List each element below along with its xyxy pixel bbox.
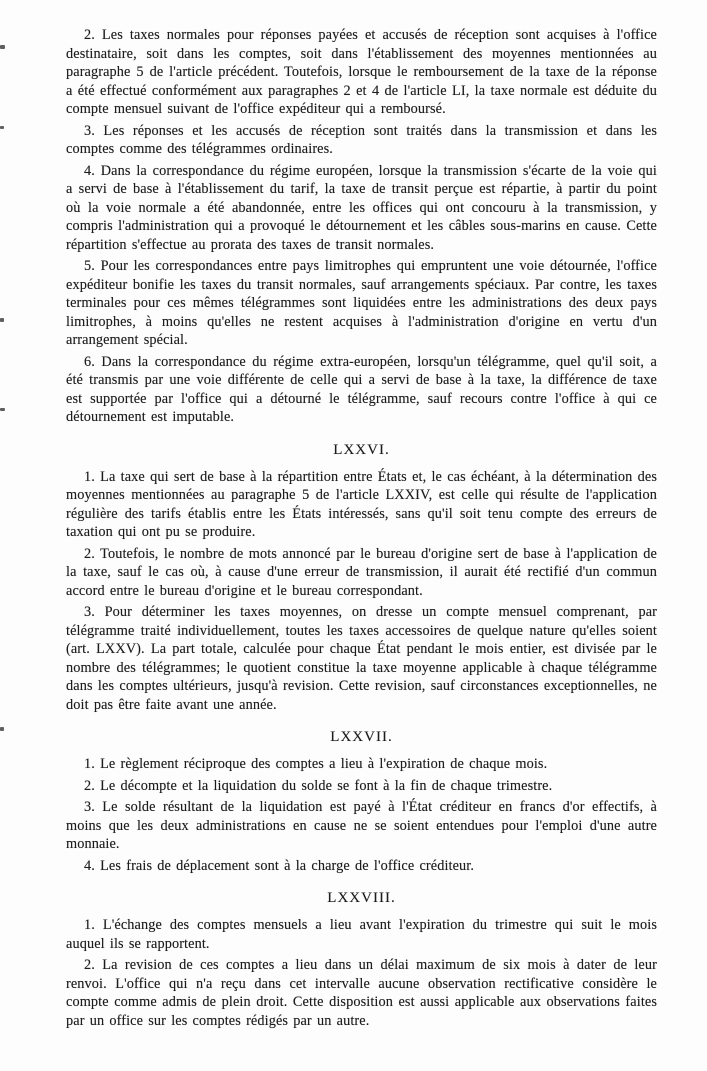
- paragraph: 2. La revision de ces comptes a lieu dan…: [66, 956, 657, 1030]
- scanned-page-background: { "page": { "background_color": "#fdfdfd…: [0, 0, 707, 1071]
- article-lxxviii-heading: LXXVIII.: [66, 890, 657, 907]
- paragraph: 2. Toutefois, le nombre de mots annoncé …: [66, 545, 657, 601]
- scan-artifact: [0, 408, 5, 411]
- paragraph: 2. Le décompte et la liquidation du sold…: [66, 777, 657, 796]
- paragraph: 3. Le solde résultant de la liquidation …: [66, 798, 657, 854]
- paragraph: 3. Les réponses et les accusés de récept…: [66, 122, 657, 159]
- paragraph: 1. L'échange des comptes mensuels a lieu…: [66, 916, 657, 953]
- document-page: 2. Les taxes normales pour réponses payé…: [0, 0, 707, 1071]
- scan-artifact: [0, 126, 4, 129]
- article-lxxviii-section: LXXVIII. 1. L'échange des comptes mensue…: [66, 890, 657, 1030]
- article-lxxvii-section: LXXVII. 1. Le règlement réciproque des c…: [66, 729, 657, 875]
- paragraph: 4. Dans la correspondance du régime euro…: [66, 162, 657, 255]
- paragraph: 4. Les frais de déplacement sont à la ch…: [66, 857, 657, 876]
- scan-artifact: [0, 318, 4, 322]
- paragraph: 1. Le règlement réciproque des comptes a…: [66, 755, 657, 774]
- article-lxxvii-heading: LXXVII.: [66, 729, 657, 746]
- paragraph: 5. Pour les correspondances entre pays l…: [66, 257, 657, 350]
- scan-artifact: [0, 45, 5, 49]
- paragraph: 1. La taxe qui sert de base à la réparti…: [66, 468, 657, 542]
- paragraph: 2. Les taxes normales pour réponses payé…: [66, 26, 657, 119]
- paragraph: 3. Pour déterminer les taxes moyennes, o…: [66, 603, 657, 714]
- paragraph: 6. Dans la correspondance du régime extr…: [66, 353, 657, 427]
- scan-artifact: [0, 727, 4, 731]
- article-lxxvi-heading: LXXVI.: [66, 442, 657, 459]
- article-continuation-section: 2. Les taxes normales pour réponses payé…: [66, 26, 657, 427]
- article-lxxvi-section: LXXVI. 1. La taxe qui sert de base à la …: [66, 442, 657, 715]
